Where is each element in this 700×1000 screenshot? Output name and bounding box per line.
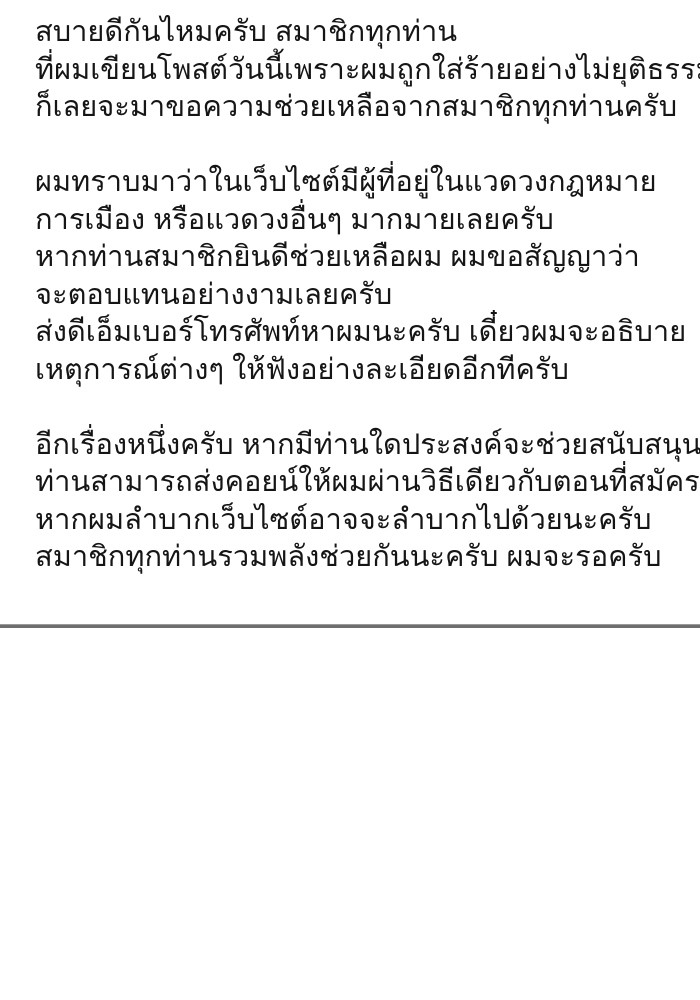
post-line: ก็เลยจะมาขอความช่วยเหลือจากสมาชิกทุกท่าน… bbox=[35, 89, 680, 127]
post-line: ผมทราบมาว่าในเว็บไซต์มีผู้ที่อยู่ในแวดวง… bbox=[35, 164, 680, 202]
post-line: หากผมลำบากเว็บไซต์อาจจะลำบากไปด้วยนะครับ bbox=[35, 502, 680, 540]
post-line: จะตอบแทนอย่างงามเลยครับ bbox=[35, 277, 680, 315]
post-line: ส่งดีเอ็มเบอร์โทรศัพท์หาผมนะครับ เดี๋ยวผ… bbox=[35, 314, 680, 352]
page: สบายดีกันไหมครับ สมาชิกทุกท่าน ที่ผมเขีย… bbox=[0, 0, 700, 1000]
post-line: การเมือง หรือแวดวงอื่นๆ มากมายเลยครับ bbox=[35, 202, 680, 240]
post-line: สบายดีกันไหมครับ สมาชิกทุกท่าน bbox=[35, 14, 680, 52]
post-line: ที่ผมเขียนโพสต์วันนี้เพราะผมถูกใส่ร้ายอย… bbox=[35, 52, 680, 90]
post-paragraph: ผมทราบมาว่าในเว็บไซต์มีผู้ที่อยู่ในแวดวง… bbox=[35, 164, 680, 389]
paragraph-gap bbox=[35, 389, 680, 427]
post-line: สมาชิกทุกท่านรวมพลังช่วยกันนะครับ ผมจะรอ… bbox=[35, 539, 680, 577]
post-line: อีกเรื่องหนึ่งครับ หากมีท่านใดประสงค์จะช… bbox=[35, 427, 680, 465]
post-body: สบายดีกันไหมครับ สมาชิกทุกท่าน ที่ผมเขีย… bbox=[35, 14, 680, 577]
post-line: เหตุการณ์ต่างๆ ให้ฟังอย่างละเอียดอีกทีคร… bbox=[35, 352, 680, 390]
post-line: ท่านสามารถส่งคอยน์ให้ผมผ่านวิธีเดียวกับต… bbox=[35, 464, 680, 502]
post-line: หากท่านสมาชิกยินดีช่วยเหลือผม ผมขอสัญญาว… bbox=[35, 239, 680, 277]
section-divider bbox=[0, 624, 700, 628]
paragraph-gap bbox=[35, 127, 680, 165]
post-paragraph: สบายดีกันไหมครับ สมาชิกทุกท่าน ที่ผมเขีย… bbox=[35, 14, 680, 127]
post-paragraph: อีกเรื่องหนึ่งครับ หากมีท่านใดประสงค์จะช… bbox=[35, 427, 680, 577]
